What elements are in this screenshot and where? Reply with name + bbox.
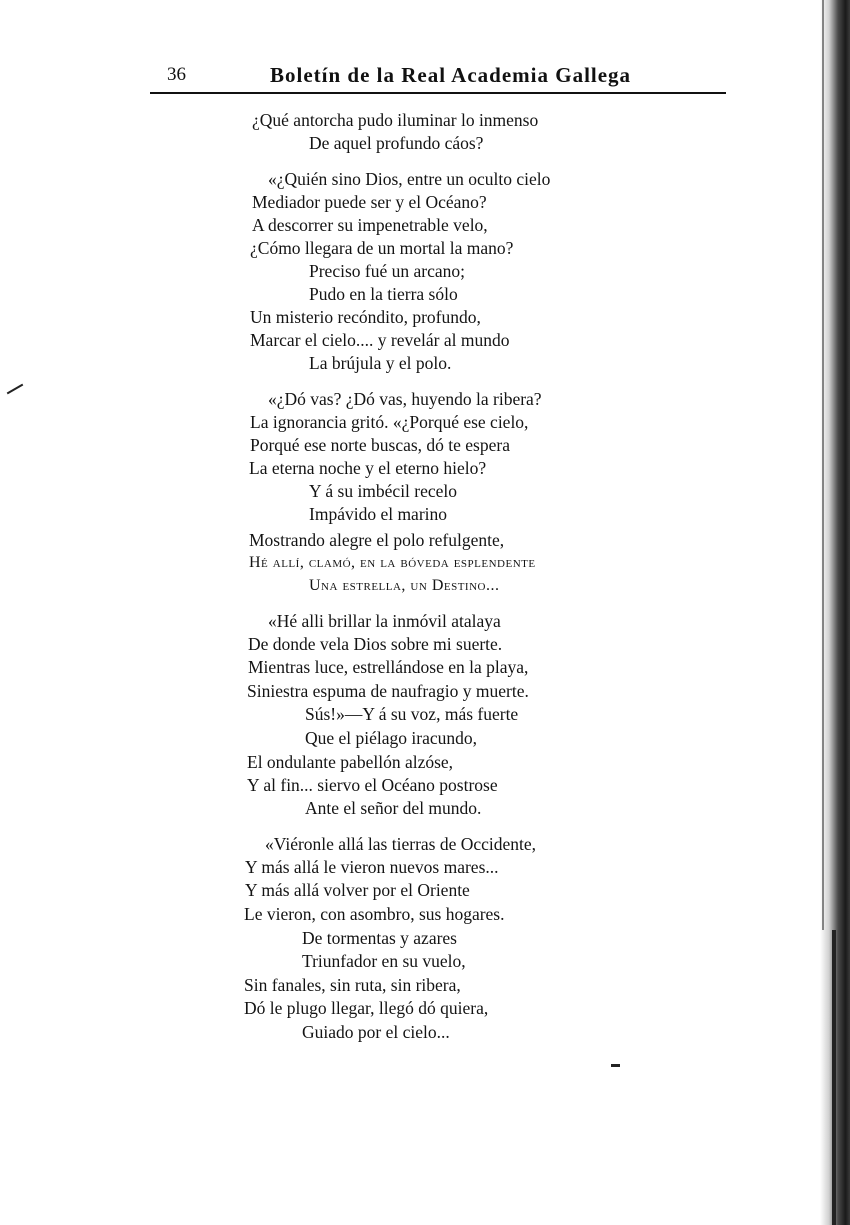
poem-line: «Viéronle allá las tierras de Occidente,	[265, 834, 536, 854]
poem-line: Y más allá volver por el Oriente	[245, 880, 470, 900]
poem-line: ¿Cómo llegara de un mortal la mano?	[250, 238, 513, 258]
poem-line: ¿Qué antorcha pudo iluminar lo inmenso	[252, 110, 538, 130]
poem-line: Ante el señor del mundo.	[305, 798, 481, 818]
poem-line: Le vieron, con asombro, sus hogares.	[244, 904, 505, 924]
poem-line: Una estrella, un Destino...	[309, 576, 500, 596]
page-edge	[822, 0, 824, 930]
poem-line: De donde vela Dios sobre mi suerte.	[248, 634, 502, 654]
poem-line: Marcar el cielo.... y revelár al mundo	[250, 330, 509, 350]
poem-line: El ondulante pabellón alzóse,	[247, 752, 453, 772]
poem-line: Preciso fué un arcano;	[309, 261, 465, 281]
poem-line: Dó le plugo llegar, llegó dó quiera,	[244, 998, 488, 1018]
poem-line: Porqué ese norte buscas, dó te espera	[250, 435, 510, 455]
poem-line: Y al fin... siervo el Océano postrose	[247, 775, 498, 795]
poem-line: Sús!»—Y á su voz, más fuerte	[305, 704, 518, 724]
poem-line: Siniestra espuma de naufragio y muerte.	[247, 681, 529, 701]
poem-line: La brújula y el polo.	[309, 353, 451, 373]
poem-line: Un misterio recóndito, profundo,	[250, 307, 481, 327]
header-rule	[150, 92, 726, 94]
poem-line: Impávido el marino	[309, 504, 447, 524]
poem-line: Mediador puede ser y el Océano?	[252, 192, 487, 212]
poem-line: Guiado por el cielo...	[302, 1022, 450, 1042]
poem-line: La eterna noche y el eterno hielo?	[249, 458, 486, 478]
poem-line: Pudo en la tierra sólo	[309, 284, 458, 304]
poem-line: A descorrer su impenetrable velo,	[252, 215, 488, 235]
poem-line: «¿Dó vas? ¿Dó vas, huyendo la ribera?	[268, 389, 542, 409]
end-mark	[611, 1064, 620, 1067]
poem-line: Y á su imbécil recelo	[309, 481, 457, 501]
binding-lower-edge	[832, 930, 836, 1225]
page-number: 36	[167, 64, 186, 86]
poem-line: «¿Quién sino Dios, entre un oculto cielo	[268, 169, 550, 189]
poem-line: Que el piélago iracundo,	[305, 728, 477, 748]
poem-line: De tormentas y azares	[302, 928, 457, 948]
poem-line: De aquel profundo cáos?	[309, 133, 483, 153]
poem-line: Triunfador en su vuelo,	[302, 951, 466, 971]
poem-line: La ignorancia gritó. «¿Porqué ese cielo,	[250, 412, 528, 432]
poem-line: Hé allí, clamó, en la bóveda esplendente	[249, 553, 536, 573]
stray-ink-mark	[7, 384, 24, 395]
poem-line: Mostrando alegre el polo refulgente,	[249, 530, 504, 550]
running-title: Boletín de la Real Academia Gallega	[270, 63, 631, 88]
poem-line: «Hé alli brillar la inmóvil atalaya	[268, 611, 501, 631]
poem-line: Y más allá le vieron nuevos mares...	[245, 857, 499, 877]
poem-line: Sin fanales, sin ruta, sin ribera,	[244, 975, 461, 995]
poem-line: Mientras luce, estrellándose en la playa…	[248, 657, 528, 677]
